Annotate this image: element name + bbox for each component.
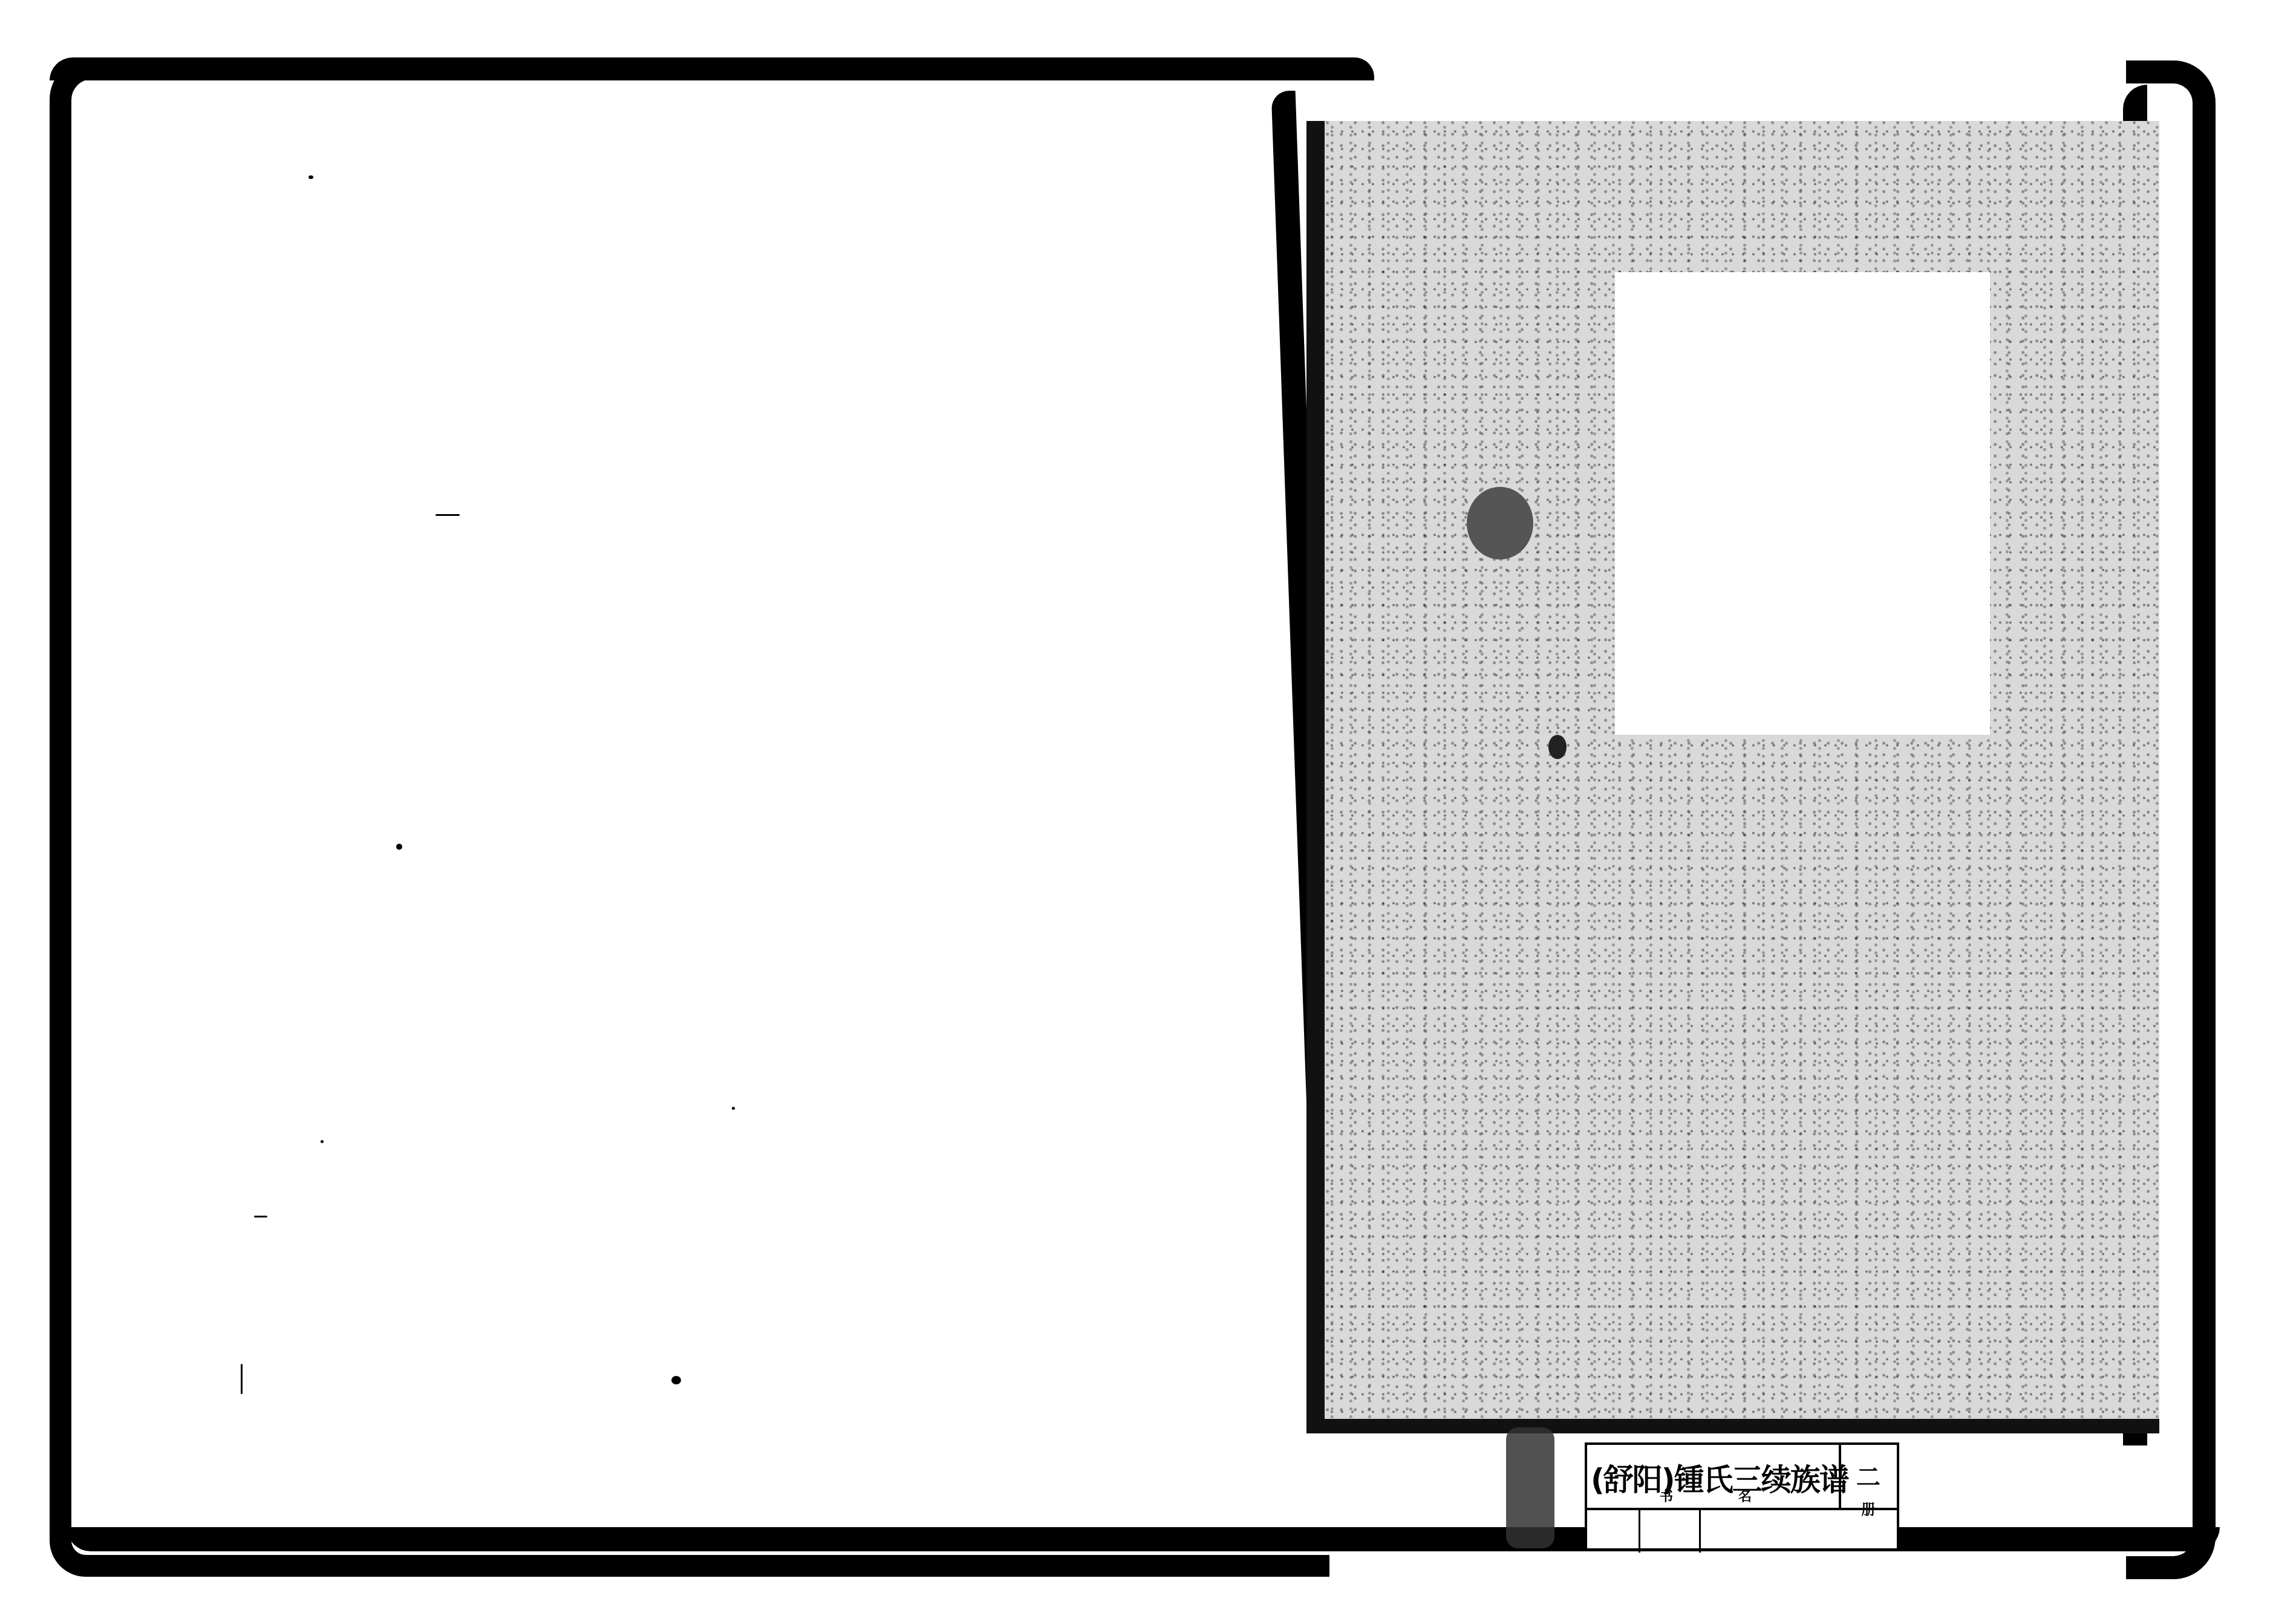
cover-stain <box>1548 735 1567 759</box>
catalog-label: (舒阳)锺氏三续族谱 书 名 二 册 <box>1585 1442 1899 1548</box>
cover-title-slip-blank <box>1615 272 1990 735</box>
scan-frame-top-left <box>50 57 1374 80</box>
cover-faded-markings <box>1361 835 2087 992</box>
label-caption-ming: 名 <box>1738 1486 1752 1505</box>
volume-count: 二 <box>1839 1458 1898 1493</box>
scan-frame-left <box>50 57 1329 1577</box>
volume-count-cell: 二 册 <box>1839 1445 1898 1510</box>
label-title-cell: (舒阳)锺氏三续族谱 书 名 <box>1587 1445 1841 1510</box>
cover-stain <box>1467 487 1533 559</box>
label-caption-shu: 书 <box>1660 1486 1673 1505</box>
book-title: (舒阳)锺氏三续族谱 <box>1591 1456 1848 1499</box>
label-smudge <box>1506 1427 1554 1548</box>
label-catalog-row <box>1587 1510 1897 1553</box>
